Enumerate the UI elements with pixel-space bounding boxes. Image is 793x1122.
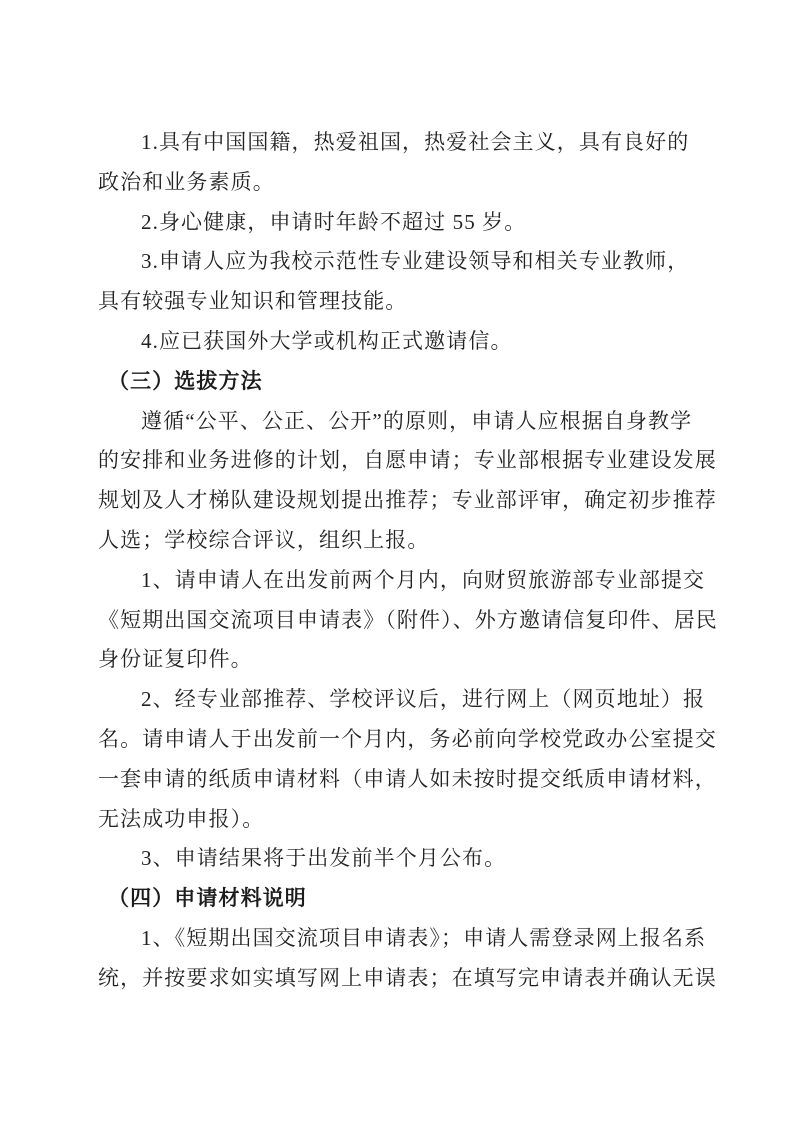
text-line: 一套申请的纸质申请材料（申请人如未按时提交纸质申请材料， bbox=[98, 760, 697, 800]
document-page: 1.具有中国国籍，热爱祖国，热爱社会主义，具有良好的 政治和业务素质。 2.身心… bbox=[0, 0, 793, 1122]
text-line: 统，并按要求如实填写网上申请表；在填写完申请表并确认无误 bbox=[98, 959, 697, 999]
text-line: 的安排和业务进修的计划，自愿申请；专业部根据专业建设发展 bbox=[98, 441, 697, 481]
text-line: 3、申请结果将于出发前半个月公布。 bbox=[98, 839, 697, 879]
text-line: 1.具有中国国籍，热爱祖国，热爱社会主义，具有良好的 bbox=[98, 123, 697, 163]
text-line: 名。请申请人于出发前一个月内，务必前向学校党政办公室提交 bbox=[98, 720, 697, 760]
text-line: 无法成功申报）。 bbox=[98, 800, 697, 840]
text-line: 1、《短期出国交流项目申请表》；申请人需登录网上报名系 bbox=[98, 919, 697, 959]
text-line: 2、经专业部推荐、学校评议后，进行网上（网页地址）报 bbox=[98, 680, 697, 720]
text-line: 《短期出国交流项目申请表》（附件）、外方邀请信复印件、居民 bbox=[98, 601, 697, 641]
text-line: 人选；学校综合评议，组织上报。 bbox=[98, 521, 697, 561]
text-line: 1、请申请人在出发前两个月内，向财贸旅游部专业部提交 bbox=[98, 561, 697, 601]
text-line: 2.身心健康，申请时年龄不超过 55 岁。 bbox=[98, 203, 697, 243]
text-line: 具有较强专业知识和管理技能。 bbox=[98, 282, 697, 322]
text-line: 身份证复印件。 bbox=[98, 640, 697, 680]
text-line: 3.申请人应为我校示范性专业建设领导和相关专业教师， bbox=[98, 242, 697, 282]
section-heading: （三）选拔方法 bbox=[98, 362, 697, 402]
text-line: 政治和业务素质。 bbox=[98, 163, 697, 203]
text-line: 4.应已获国外大学或机构正式邀请信。 bbox=[98, 322, 697, 362]
text-line: 规划及人才梯队建设规划提出推荐；专业部评审，确定初步推荐 bbox=[98, 481, 697, 521]
text-line: 遵循“公平、公正、公开”的原则，申请人应根据自身教学 bbox=[98, 402, 697, 442]
section-heading: （四）申请材料说明 bbox=[98, 879, 697, 919]
